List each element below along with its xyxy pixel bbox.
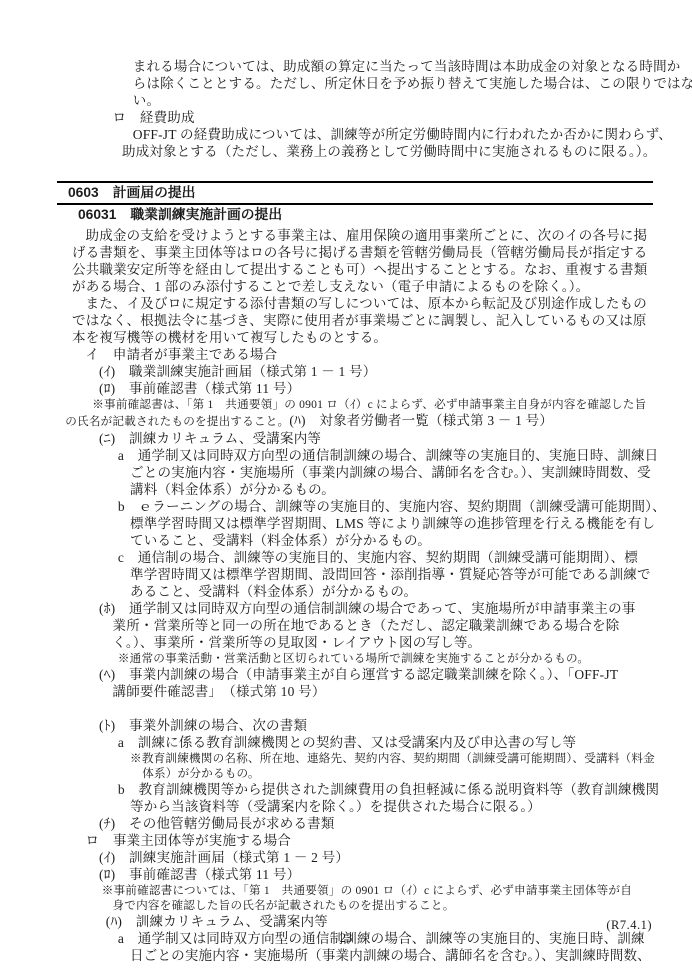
text-line: 身で内容を確認した旨の氏名が記載されたものを提出すること。 xyxy=(113,898,657,913)
section-header-group: 0603計画届の提出 06031職業訓練実施計画の提出 xyxy=(0,181,692,225)
text-run: 講料（料金体系）が分かるもの。 xyxy=(130,482,335,497)
text-run: ※事前確認書については、「第 1 共通要領」の 0901 ロ（ｲ）c によらず、… xyxy=(102,884,632,897)
text-run: 体系）が分かるもの。 xyxy=(142,767,259,780)
text-line: ※通常の事業活動・営業活動と区切られている場所で訓練を実施することが分かるもの。 xyxy=(118,651,656,666)
section-code: 0603 xyxy=(68,185,99,200)
carryover-paragraph-block: まれる場合については、助成額の算定に当たって当該時間は本助成金の対象となる時間か… xyxy=(72,0,656,160)
section-header-0603: 0603計画届の提出 xyxy=(0,183,692,203)
text-run: 講師要件確認書」 （様式第 10 号） xyxy=(113,684,326,699)
text-run: イ 申請者が事業主である場合 xyxy=(86,347,278,362)
text-run: ではなく、根拠法令に基づき、実際に使用者が事業場ごとに調製し、記入しているもの又… xyxy=(72,313,647,328)
text-run: (ﾛ) 事前確認書（様式第 11 号） xyxy=(99,381,300,396)
subsection-title: 職業訓練実施計画の提出 xyxy=(130,207,282,222)
text-run: ロ 経費助成 xyxy=(113,110,195,125)
text-run: (ﾁ) その他管轄労働局長が求める書類 xyxy=(99,816,335,831)
text-run: (ﾍ) 事業内訓練の場合（申請事業主が自ら運営する認定職業訓練を除く。）、「OF… xyxy=(99,667,618,682)
text-run: 等から当該資料等（受講案内を除く。）を提供された場合に限る。） xyxy=(130,799,541,814)
text-run: ごとの実施内容・実施場所（事業内訓練の場合、講師名を含む。）、実訓練時間数、受 xyxy=(130,465,651,480)
text-run: (ﾄ) 事業外訓練の場合、次の書類 xyxy=(99,718,307,733)
text-run: 身で内容を確認した旨の氏名が記載されたものを提出すること。 xyxy=(113,899,455,912)
text-line: a 訓練に係る教育訓練機関との契約書、又は受講案内及び申込書の写し等 xyxy=(118,734,656,751)
text-run: 助成対象とする（ただし、業務上の義務として労働時間中に実施されるものに限る。）。 xyxy=(122,144,657,159)
text-line: イ 申請者が事業主である場合 xyxy=(86,346,657,363)
text-run: の氏名が記載されたものを提出すること。 xyxy=(65,415,289,428)
text-run: 準学習時間又は標準学習期間、設問回答・添削指導・質疑応答等が可能である訓練で xyxy=(130,567,651,582)
text-run: ※教育訓練機関の名称、所在地、連絡先、契約内容、契約期間（訓練受講可能期間）、受… xyxy=(130,752,655,765)
text-line: まれる場合については、助成額の算定に当たって当該時間は本助成金の対象となる時間か xyxy=(133,58,656,75)
section-title: 計画届の提出 xyxy=(113,185,196,200)
text-line: 助成対象とする（ただし、業務上の義務として労働時間中に実施されるものに限る。）。 xyxy=(122,143,656,160)
text-line: の氏名が記載されたものを提出すること。(ﾊ) 対象者労働者一覧（様式第 3 － … xyxy=(65,412,656,430)
text-line: 日ごとの実施内容・実施場所（事業内訓練の場合、講師名を含む。）、実訓練時間数、 xyxy=(130,947,656,964)
text-line: 講師要件確認書」 （様式第 10 号） xyxy=(113,683,657,700)
text-line: a 通学制又は同時双方向型の通信制訓練の場合、訓練等の実施目的、実施日時、訓練日 xyxy=(118,447,656,464)
text-line: (ﾍ) 事業内訓練の場合（申請事業主が自ら運営する認定職業訓練を除く。）、「OF… xyxy=(99,666,656,683)
text-line: ていること、受講料（料金体系）が分かるもの。 xyxy=(130,532,656,549)
text-line: ロ 経費助成 xyxy=(113,109,657,126)
text-run: a 訓練に係る教育訓練機関との契約書、又は受講案内及び申込書の写し等 xyxy=(118,735,576,750)
blank-line xyxy=(72,700,656,717)
text-run: (ﾊ) 対象者労働者一覧（様式第 3 － 1 号） xyxy=(289,413,553,428)
text-run: ※通常の事業活動・営業活動と区切られている場所で訓練を実施することが分かるもの。 xyxy=(118,652,589,665)
subsection-code: 06031 xyxy=(78,207,116,222)
text-run: (ﾎ) 通学制又は同時双方向型の通信制訓練の場合であって、実施場所が申請事業主の… xyxy=(99,601,636,616)
text-line: (ﾄ) 事業外訓練の場合、次の書類 xyxy=(99,717,656,734)
text-run: らは除くこととする。ただし、所定休日を予め振り替えて実施した場合は、この限りでは… xyxy=(133,76,692,91)
text-line: OFF-JT の経費助成については、訓練等が所定労働時間内に行われたか否かに関わ… xyxy=(133,126,656,143)
text-line: (ﾊ) 訓練カリキュラム、受講案内等 xyxy=(106,913,656,930)
text-run: (ｲ) 職業訓練実施計画届（様式第 1 － 1 号） xyxy=(99,364,376,379)
text-line: ※事前確認書については、「第 1 共通要領」の 0901 ロ（ｲ）c によらず、… xyxy=(102,883,656,898)
text-line: ロ 事業主団体等が実施する場合 xyxy=(86,832,657,849)
text-line: ※教育訓練機関の名称、所在地、連絡先、契約内容、契約期間（訓練受講可能期間）、受… xyxy=(130,751,656,766)
text-line: 講料（料金体系）が分かるもの。 xyxy=(130,481,656,498)
text-run: まれる場合については、助成額の算定に当たって当該時間は本助成金の対象となる時間か xyxy=(133,59,681,74)
text-line: b ｅラーニングの場合、訓練等の実施目的、実施内容、契約期間（訓練受講可能期間）… xyxy=(118,498,656,515)
section-header-06031: 06031職業訓練実施計画の提出 xyxy=(0,205,692,225)
text-run: 日ごとの実施内容・実施場所（事業内訓練の場合、講師名を含む。）、実訓練時間数、 xyxy=(130,948,651,963)
text-run: ロ 事業主団体等が実施する場合 xyxy=(86,833,292,848)
text-line: また、イ及びロに規定する添付書類の写しについては、原本から転記及び別途作成したも… xyxy=(86,295,657,312)
text-run: (ﾊ) 訓練カリキュラム、受講案内等 xyxy=(106,914,328,929)
text-run: b ｅラーニングの場合、訓練等の実施目的、実施内容、契約期間（訓練受講可能期間）… xyxy=(118,499,666,514)
text-run: 公共職業安定所等を経由して提出することも可）へ提出することとする。なお、重複する… xyxy=(72,262,647,277)
text-line: c 通信制の場合、訓練等の実施目的、実施内容、契約期間（訓練受講可能期間）、標 xyxy=(118,549,656,566)
document-page: まれる場合については、助成額の算定に当たって当該時間は本助成金の対象となる時間か… xyxy=(0,0,692,980)
text-run: b 教育訓練機関等から提供された訓練費用の負担軽減に係る説明資料等（教育訓練機関 xyxy=(118,782,659,797)
text-line: 体系）が分かるもの。 xyxy=(142,766,656,781)
text-run: a 通学制又は同時双方向型の通信制訓練の場合、訓練等の実施目的、実施日時、訓練日 xyxy=(118,448,659,463)
text-run: 本を複写機等の機材を用いて複写したものとする。 xyxy=(72,330,387,345)
text-run: ※事前確認書は、「第 1 共通要領」の 0901 ロ（ｲ）c によらず、必ず申請… xyxy=(92,398,646,411)
text-line: ではなく、根拠法令に基づき、実際に使用者が事業場ごとに調製し、記入しているもの又… xyxy=(72,312,656,329)
text-line: がある場合、1 部のみ添付することで差し支えない（電子申請によるものを除く。）。 xyxy=(72,278,656,295)
text-line: げる書類を、事業主団体等はロの各号に掲げる書類を管轄労働局長（管轄労働局長が指定… xyxy=(72,244,656,261)
text-run: ていること、受講料（料金体系）が分かるもの。 xyxy=(130,533,431,548)
text-line: 準学習時間又は標準学習期間、設問回答・添削指導・質疑応答等が可能である訓練で xyxy=(130,566,656,583)
text-line: (ｲ) 訓練実施計画届（様式第 1 － 2 号） xyxy=(99,849,656,866)
text-line: あること、受講料（料金体系）が分かるもの。 xyxy=(130,583,656,600)
text-line: (ﾁ) その他管轄労働局長が求める書類 xyxy=(99,815,656,832)
text-line: 標準学習時間又は標準学習期間、LMS 等により訓練等の進捗管理を行える機能を有し xyxy=(130,515,656,532)
text-line: (ﾛ) 事前確認書（様式第 11 号） xyxy=(99,866,656,883)
text-line: (ﾆ) 訓練カリキュラム、受講案内等 xyxy=(99,430,656,447)
text-line: 業所・営業所等と同一の所在地であるとき（ただし、認定職業訓練である場合を除 xyxy=(113,617,657,634)
text-line: 等から当該資料等（受講案内を除く。）を提供された場合に限る。） xyxy=(130,798,656,815)
text-run: OFF-JT の経費助成については、訓練等が所定労働時間内に行われたか否かに関わ… xyxy=(133,127,672,142)
text-run: い。 xyxy=(133,93,160,108)
text-run: (ﾛ) 事前確認書（様式第 11 号） xyxy=(99,867,300,882)
text-line: らは除くこととする。ただし、所定休日を予め振り替えて実施した場合は、この限りでは… xyxy=(133,75,656,92)
text-line: (ﾛ) 事前確認書（様式第 11 号） xyxy=(99,380,656,397)
text-line: b 教育訓練機関等から提供された訓練費用の負担軽減に係る説明資料等（教育訓練機関 xyxy=(118,781,656,798)
text-run: 標準学習時間又は標準学習期間、LMS 等により訓練等の進捗管理を行える機能を有し xyxy=(130,516,655,531)
text-line: く。）、事業所・営業所等の見取図・レイアウト図の写し等。 xyxy=(113,634,657,651)
text-line: (ﾎ) 通学制又は同時双方向型の通信制訓練の場合であって、実施場所が申請事業主の… xyxy=(99,600,656,617)
text-run: c 通信制の場合、訓練等の実施目的、実施内容、契約期間（訓練受講可能期間）、標 xyxy=(118,550,638,565)
text-run: げる書類を、事業主団体等はロの各号に掲げる書類を管轄労働局長（管轄労働局長が指定… xyxy=(72,245,647,260)
text-line: 公共職業安定所等を経由して提出することも可）へ提出することとする。なお、重複する… xyxy=(72,261,656,278)
text-run: あること、受講料（料金体系）が分かるもの。 xyxy=(130,584,417,599)
text-line: い。 xyxy=(133,92,656,109)
page-number: 23 xyxy=(0,931,692,946)
text-run: く。）、事業所・営業所等の見取図・レイアウト図の写し等。 xyxy=(113,635,482,650)
text-line: 本を複写機等の機材を用いて複写したものとする。 xyxy=(72,329,656,346)
text-line: (ｲ) 職業訓練実施計画届（様式第 1 － 1 号） xyxy=(99,363,656,380)
text-run: 助成金の支給を受けようとする事業主は、雇用保険の適用事業所ごとに、次のイの各号に… xyxy=(86,228,648,243)
text-line: ごとの実施内容・実施場所（事業内訓練の場合、講師名を含む。）、実訓練時間数、受 xyxy=(130,464,656,481)
text-run: (ｲ) 訓練実施計画届（様式第 1 － 2 号） xyxy=(99,850,349,865)
text-run: がある場合、1 部のみ添付することで差し支えない（電子申請によるものを除く。）。 xyxy=(72,279,589,294)
text-line: ※事前確認書は、「第 1 共通要領」の 0901 ロ（ｲ）c によらず、必ず申請… xyxy=(92,397,656,412)
text-line: 助成金の支給を受けようとする事業主は、雇用保険の適用事業所ごとに、次のイの各号に… xyxy=(86,227,657,244)
text-run: 業所・営業所等と同一の所在地であるとき（ただし、認定職業訓練である場合を除 xyxy=(113,618,620,633)
text-run: (ﾆ) 訓練カリキュラム、受講案内等 xyxy=(99,431,321,446)
body-text-block: 助成金の支給を受けようとする事業主は、雇用保険の適用事業所ごとに、次のイの各号に… xyxy=(72,227,656,964)
text-run: また、イ及びロに規定する添付書類の写しについては、原本から転記及び別途作成したも… xyxy=(86,296,647,311)
